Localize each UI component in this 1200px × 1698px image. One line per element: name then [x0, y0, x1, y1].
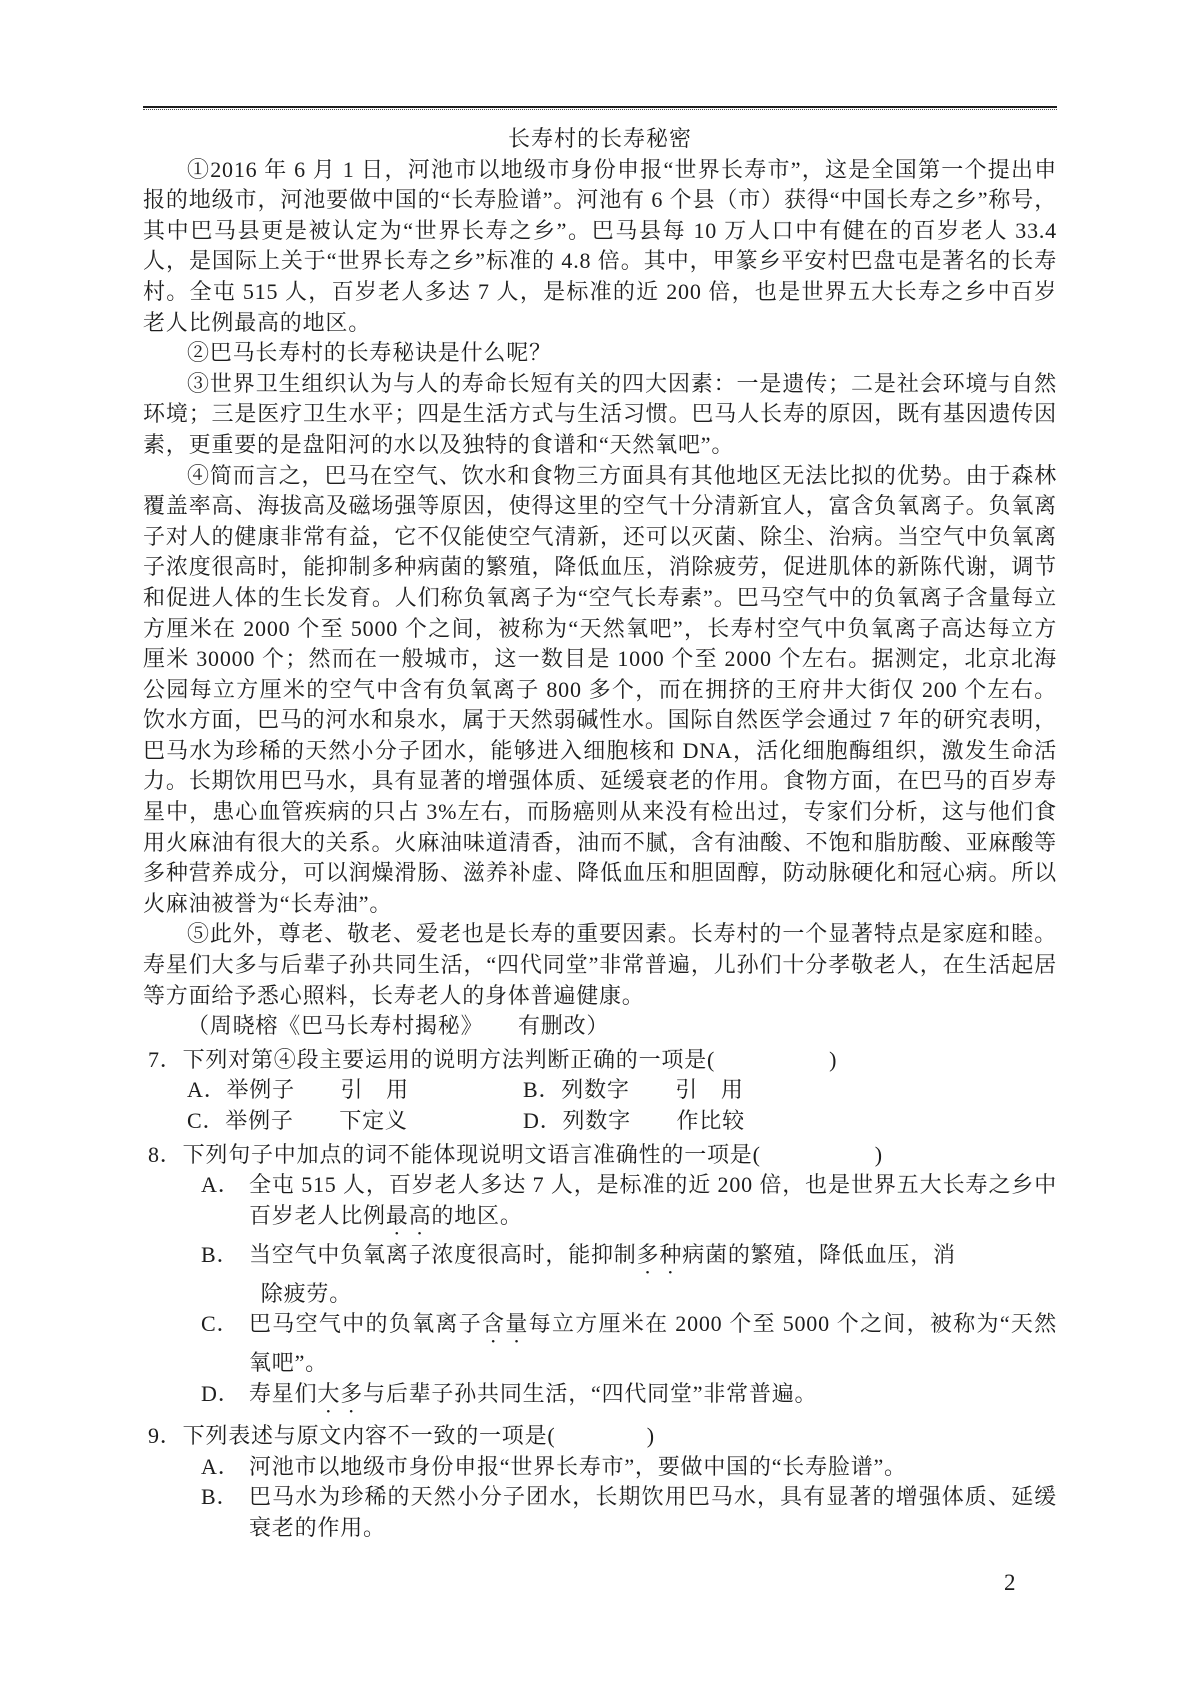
question-9-option-a: A． 河池市以地级市身份申报“世界长寿市”，要做中国的“长寿脸谱”。 — [143, 1452, 1057, 1483]
option-text-post: 与后辈子孙共同生活，“四代同堂”非常普遍。 — [363, 1381, 817, 1406]
page-number: 2 — [1004, 1568, 1016, 1599]
question-7-options-row-1: A．举例子 引 用B．列数字 引 用 — [143, 1075, 1057, 1106]
question-7-option-a: A．举例子 引 用 — [187, 1075, 523, 1106]
question-8-stem: 8．下列句子中加点的词不能体现说明文语言准确性的一项是( ) — [143, 1140, 1057, 1171]
question-7-stem: 7．下列对第④段主要运用的说明方法判断正确的一项是( ) — [143, 1045, 1057, 1076]
article-paragraph-5: ⑤此外，尊老、敬老、爱老也是长寿的重要因素。长寿村的一个显著特点是家庭和睦。寿星… — [143, 919, 1057, 1011]
option-label: C． — [201, 1309, 249, 1379]
page-content: 长寿村的长寿秘密 ①2016 年 6 月 1 日，河池市以地级市身份申报“世界长… — [143, 0, 1057, 1543]
question-8-option-d: D． 寿星们大多与后辈子孙共同生活，“四代同堂”非常普遍。 — [143, 1379, 1057, 1418]
article-body: ①2016 年 6 月 1 日，河池市以地级市身份申报“世界长寿市”，这是全国第… — [143, 155, 1057, 1042]
option-text: 当空气中负氧离子浓度很高时，能抑制多种病菌的繁殖，降低血压，消 除疲劳。 — [249, 1240, 1057, 1310]
emphasized-word: 多种 — [637, 1242, 683, 1267]
question-9: 9．下列表述与原文内容不一致的一项是( ) A． 河池市以地级市身份申报“世界长… — [143, 1421, 1057, 1543]
option-label: D． — [201, 1379, 249, 1418]
header-divider-line — [143, 106, 1057, 108]
emphasized-word: 最高 — [386, 1203, 432, 1228]
question-8: 8．下列句子中加点的词不能体现说明文语言准确性的一项是( ) A． 全屯 515… — [143, 1140, 1057, 1418]
article-paragraph-4: ④简而言之，巴马在空气、饮水和食物三方面具有其他地区无法比拟的优势。由于森林覆盖… — [143, 461, 1057, 920]
option-label: A． — [201, 1170, 249, 1240]
question-7-option-b: B．列数字 引 用 — [523, 1075, 744, 1106]
option-label: B． — [201, 1482, 249, 1543]
article-attribution: （周晓榕《巴马长寿村揭秘》 有删改） — [143, 1011, 1057, 1042]
option-text-pre: 寿星们 — [249, 1381, 317, 1406]
article-paragraph-1: ①2016 年 6 月 1 日，河池市以地级市身份申报“世界长寿市”，这是全国第… — [143, 155, 1057, 339]
question-8-option-a: A． 全屯 515 人，百岁老人多达 7 人，是标准的近 200 倍，也是世界五… — [143, 1170, 1057, 1240]
question-8-option-b: B． 当空气中负氧离子浓度很高时，能抑制多种病菌的繁殖，降低血压，消 除疲劳。 — [143, 1240, 1057, 1310]
question-9-stem: 9．下列表述与原文内容不一致的一项是( ) — [143, 1421, 1057, 1452]
option-text-pre: 全屯 515 人，百岁老人多达 7 人，是标准的近 200 倍，也是世界五大长寿… — [249, 1172, 1057, 1228]
option-text-post: 的地区。 — [431, 1203, 522, 1228]
question-7-options-row-2: C．举例子 下定义D．列数字 作比较 — [143, 1106, 1057, 1137]
emphasized-word: 大多 — [317, 1381, 363, 1406]
option-text: 巴马空气中的负氧离子含量每立方厘米在 2000 个至 5000 个之间，被称为“… — [249, 1309, 1057, 1379]
option-text: 寿星们大多与后辈子孙共同生活，“四代同堂”非常普遍。 — [249, 1379, 1057, 1418]
question-7-option-c: C．举例子 下定义 — [187, 1106, 523, 1137]
emphasized-word: 含量 — [482, 1311, 529, 1336]
question-8-option-c: C． 巴马空气中的负氧离子含量每立方厘米在 2000 个至 5000 个之间，被… — [143, 1309, 1057, 1379]
option-text-pre: 巴马空气中的负氧离子 — [249, 1311, 482, 1336]
article-paragraph-3: ③世界卫生组织认为与人的寿命长短有关的四大因素：一是遗传；二是社会环境与自然环境… — [143, 369, 1057, 461]
option-label: B． — [201, 1240, 249, 1310]
document-page: 长寿村的长寿秘密 ①2016 年 6 月 1 日，河池市以地级市身份申报“世界长… — [0, 0, 1200, 1698]
option-text: 巴马水为珍稀的天然小分子团水，长期饮用巴马水，具有显著的增强体质、延缓衰老的作用… — [249, 1482, 1057, 1543]
question-9-option-b: B． 巴马水为珍稀的天然小分子团水，长期饮用巴马水，具有显著的增强体质、延缓衰老… — [143, 1482, 1057, 1543]
header-divider-dotted-line — [143, 109, 1057, 110]
article-paragraph-2: ②巴马长寿村的长寿秘诀是什么呢？ — [143, 338, 1057, 369]
article-title: 长寿村的长寿秘密 — [143, 124, 1057, 155]
question-7: 7．下列对第④段主要运用的说明方法判断正确的一项是( ) A．举例子 引 用B．… — [143, 1045, 1057, 1137]
question-7-option-d: D．列数字 作比较 — [523, 1106, 745, 1137]
option-text: 河池市以地级市身份申报“世界长寿市”，要做中国的“长寿脸谱”。 — [249, 1452, 1057, 1483]
option-text-pre: 当空气中负氧离子浓度很高时，能抑制 — [249, 1242, 637, 1267]
option-text: 全屯 515 人，百岁老人多达 7 人，是标准的近 200 倍，也是世界五大长寿… — [249, 1170, 1057, 1240]
option-label: A． — [201, 1452, 249, 1483]
